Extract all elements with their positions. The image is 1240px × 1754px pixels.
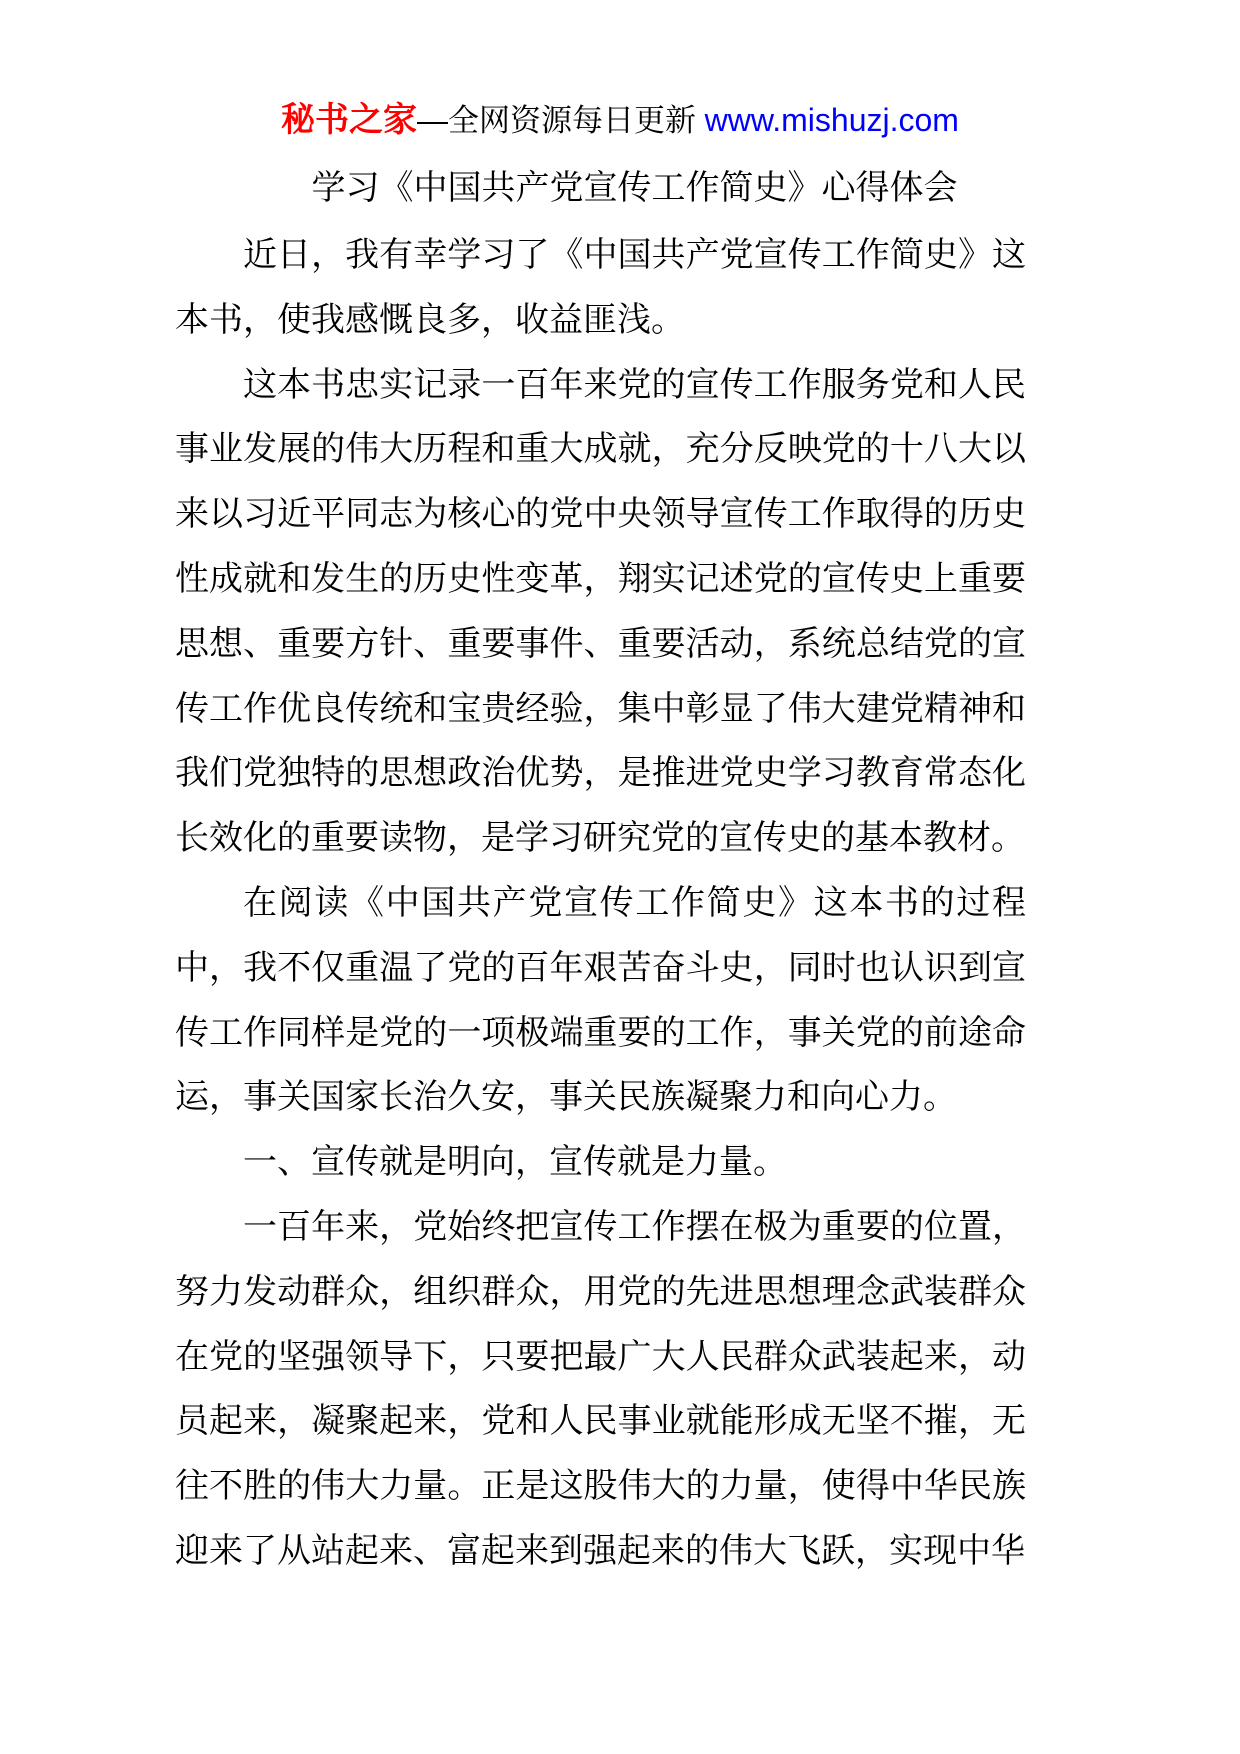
paragraph: 近日，我有幸学习了《中国共产党宣传工作简史》这本书，使我感慨良多，收益匪浅。	[175, 223, 1026, 353]
paragraph: 一、宣传就是明向，宣传就是力量。	[175, 1130, 1026, 1195]
paragraph: 在阅读《中国共产党宣传工作简史》这本书的过程中，我不仅重温了党的百年艰苦奋斗史，…	[175, 871, 1026, 1130]
document-page: 秘书之家—全网资源每日更新 www.mishuzj.com 学习《中国共产党宣传…	[0, 0, 1240, 1754]
paragraph: 一百年来，党始终把宣传工作摆在极为重要的位置，努力发动群众，组织群众，用党的先进…	[175, 1195, 1026, 1584]
document-text-column: 学习《中国共产党宣传工作简史》心得体会 近日，我有幸学习了《中国共产党宣传工作简…	[175, 165, 1026, 1584]
site-header: 秘书之家—全网资源每日更新 www.mishuzj.com	[0, 0, 1240, 141]
document-title: 学习《中国共产党宣传工作简史》心得体会	[175, 165, 1026, 211]
site-brand: 秘书之家	[281, 101, 417, 139]
document-body: 近日，我有幸学习了《中国共产党宣传工作简史》这本书，使我感慨良多，收益匪浅。这本…	[175, 223, 1026, 1584]
site-url-link[interactable]: www.mishuzj.com	[705, 102, 959, 138]
site-tagline: —全网资源每日更新	[417, 103, 705, 138]
paragraph: 这本书忠实记录一百年来党的宣传工作服务党和人民事业发展的伟大历程和重大成就，充分…	[175, 353, 1026, 871]
